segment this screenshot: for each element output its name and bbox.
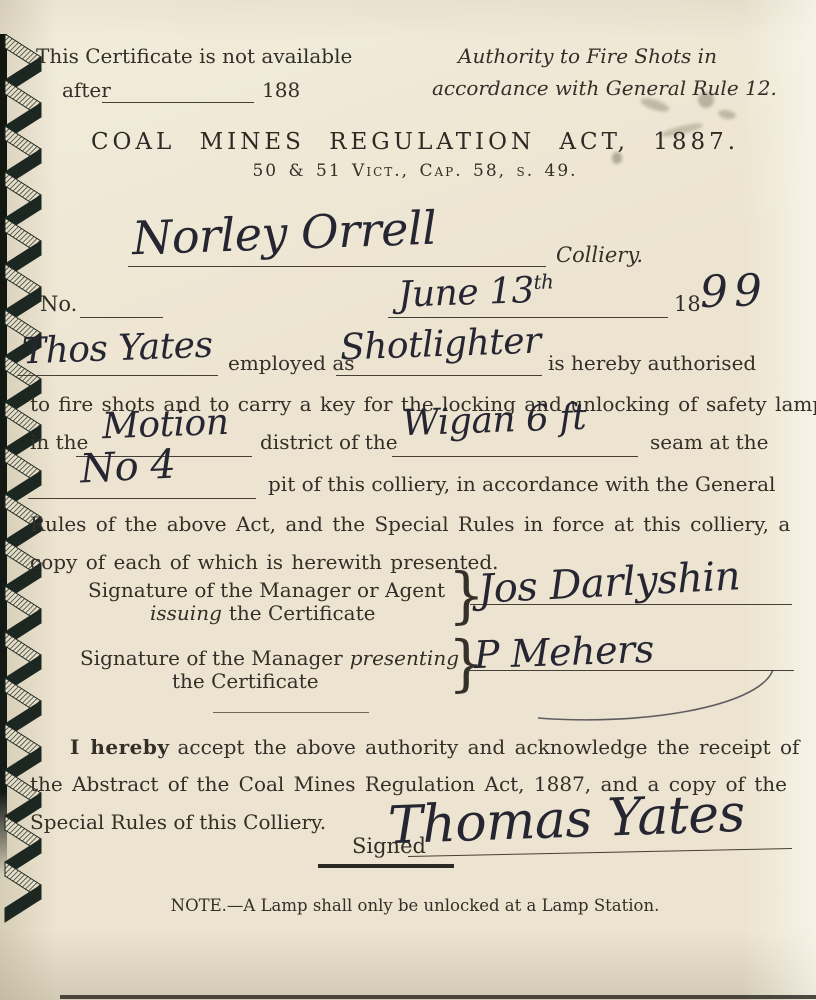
- date-blank-line: [388, 317, 668, 318]
- seam-blank-line: [392, 456, 638, 457]
- scan-bottom-edge: [60, 995, 816, 999]
- availability-after-label: after: [62, 78, 111, 103]
- acceptance-line3: Special Rules of this Colliery.: [30, 810, 326, 835]
- date-handwritten: June 13th: [397, 269, 554, 315]
- lamp-station-note: NOTE.—A Lamp shall only be unlocked at a…: [30, 896, 800, 917]
- colliery-name-handwritten: Norley Orrell: [131, 201, 437, 266]
- availability-year-prefix: 188: [262, 78, 300, 103]
- thick-dash-decoration: [318, 864, 454, 868]
- statute-citation: 50 & 51 Vict., Cap. 58, s. 49.: [30, 161, 800, 182]
- seam-at-label: seam at the: [650, 430, 768, 455]
- employee-blank-line: [18, 375, 218, 376]
- availability-blank-line: [102, 102, 254, 103]
- rules-line2: copy of each of which is herewith presen…: [30, 550, 498, 575]
- document-title: COAL MINES REGULATION ACT, 1887.: [30, 128, 800, 157]
- availability-line1: This Certificate is not available: [36, 44, 352, 69]
- pit-handwritten: No 4: [79, 442, 177, 493]
- no-blank-line: [80, 317, 163, 318]
- year-handwritten: 99: [699, 265, 769, 318]
- signature-flourish: [478, 668, 788, 732]
- colliery-label: Colliery.: [556, 242, 643, 268]
- rules-line1: Rules of the above Act, and the Special …: [30, 512, 790, 537]
- occupation-blank-line: [336, 375, 542, 376]
- seam-handwritten: Wigan 6 ft: [401, 397, 586, 444]
- occupation-handwritten: Shotlighter: [339, 321, 541, 369]
- issuing-signature-label-line1: Signature of the Manager or Agent: [88, 578, 445, 603]
- authority-line2: accordance with General Rule 12.: [432, 76, 777, 101]
- stray-blank-line: [213, 712, 369, 713]
- presenting-signature-label-line1: Signature of the Managerpresenting: [80, 646, 459, 671]
- presenting-signature-label-line2: the Certificate: [172, 669, 319, 694]
- pit-label: pit of this colliery, in accordance with…: [268, 472, 775, 497]
- district-handwritten: Motion: [101, 402, 229, 447]
- employed-as-label: employed as: [228, 351, 355, 376]
- acceptance-line1: I herebyaccept the above authority and a…: [70, 735, 799, 760]
- certificate-document: This Certificate is not available after …: [0, 0, 816, 1000]
- no-label: No.: [40, 291, 77, 317]
- pit-blank-line: [28, 498, 256, 499]
- authorised-label: is hereby authorised: [548, 351, 756, 376]
- district-of-label: district of the: [260, 430, 398, 455]
- issuing-signature-label-line2: issuingthe Certificate: [150, 601, 375, 626]
- employee-name-handwritten: Thos Yates: [21, 325, 213, 373]
- signed-signature-handwritten: Thomas Yates: [387, 784, 746, 856]
- colliery-blank-line: [128, 266, 546, 267]
- ink-smudge: [717, 109, 736, 121]
- authority-line1: Authority to Fire Shots in: [458, 44, 717, 69]
- year-printed: 18: [674, 291, 701, 317]
